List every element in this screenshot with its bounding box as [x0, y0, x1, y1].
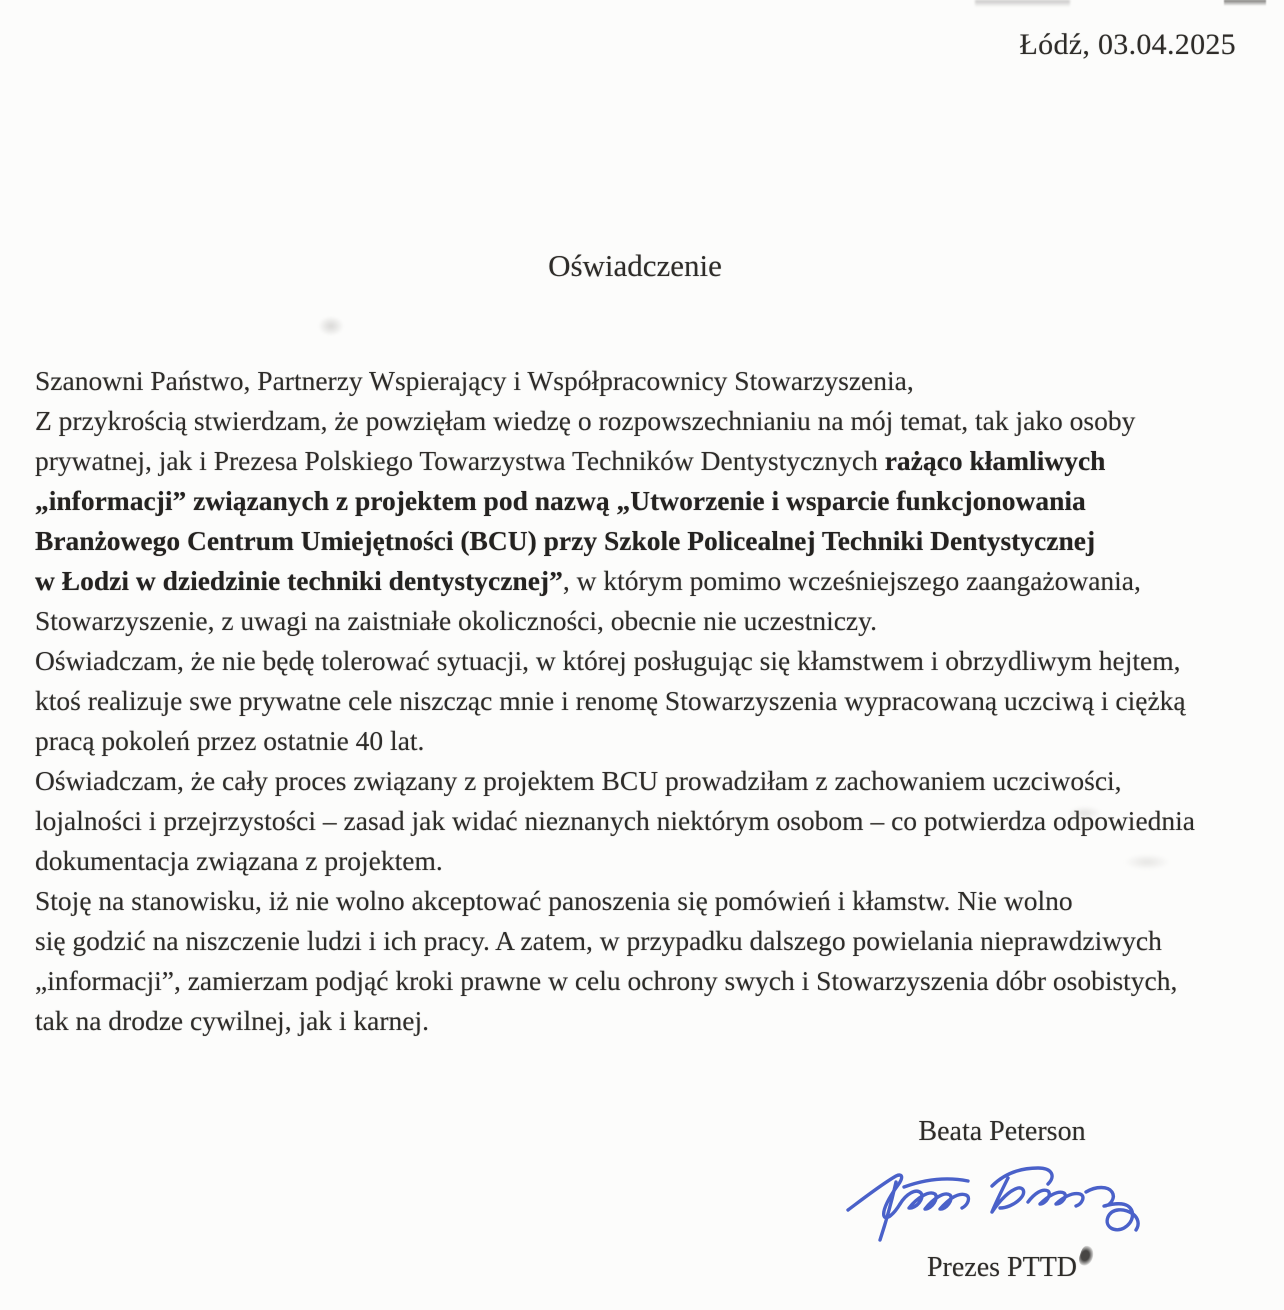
body-line: Szanowni Państwo, Partnerzy Wspierający … [35, 361, 1249, 401]
body-line: „informacji” związanych z projektem pod … [35, 481, 1249, 521]
signature-stroke [900, 1191, 969, 1209]
body-line: w Łodzi w dziedzinie techniki dentystycz… [35, 561, 1249, 601]
body-line: Oświadczam, że nie będę tolerować sytuac… [35, 641, 1249, 681]
body-text: tak na drodze cywilnej, jak i karnej. [35, 1005, 429, 1036]
body-text: „informacji”, zamierzam podjąć kroki pra… [35, 965, 1177, 996]
scan-artifact-top-edge [975, 0, 1070, 7]
signature-stroke [992, 1168, 1052, 1186]
body-line: Branżowego Centrum Umiejętności (BCU) pr… [35, 521, 1249, 561]
signatory-role: Prezes PTTD [822, 1252, 1182, 1284]
date-line: Łódź, 03.04.2025 [1020, 28, 1236, 62]
body-text-bold: Branżowego Centrum Umiejętności (BCU) pr… [35, 525, 1095, 556]
body-line: prywatnej, jak i Prezesa Polskiego Towar… [35, 441, 1249, 481]
body-line: się godzić na niszczenie ludzi i ich pra… [35, 921, 1249, 961]
body-text: dokumentacja związana z projektem. [35, 845, 443, 876]
body-text: Oświadczam, że nie będę tolerować sytuac… [35, 645, 1181, 676]
letter-title: Oświadczenie [0, 248, 1270, 284]
body-line: dokumentacja związana z projektem. [35, 841, 1249, 881]
signature-block: Beata Peterson Prezes PTTD [822, 1116, 1182, 1284]
body-text: Szanowni Państwo, Partnerzy Wspierający … [35, 365, 914, 396]
body-text: lojalności i przejrzystości – zasad jak … [35, 805, 1195, 836]
body-line: ktoś realizuje swe prywatne cele niszczą… [35, 681, 1249, 721]
body-text: pracą pokoleń przez ostatnie 40 lat. [35, 725, 424, 756]
signature-stroke [904, 1179, 968, 1187]
body-line: „informacji”, zamierzam podjąć kroki pra… [35, 961, 1249, 1001]
body-text: , w którym pomimo wcześniejszego zaangaż… [563, 565, 1141, 596]
signature-stroke [1086, 1188, 1138, 1231]
body-text: Oświadczam, że cały proces związany z pr… [35, 765, 1122, 796]
scan-artifact-top-edge [1224, 0, 1266, 6]
body-text: prywatnej, jak i Prezesa Polskiego Towar… [35, 445, 885, 476]
body-line: Z przykrością stwierdzam, że powzięłam w… [35, 401, 1249, 441]
body-line: Stowarzyszenie, z uwagi na zaistniałe ok… [35, 601, 1249, 641]
body-text: się godzić na niszczenie ludzi i ich pra… [35, 925, 1162, 956]
handwritten-signature-ink [842, 1156, 1162, 1248]
signatory-name: Beata Peterson [822, 1116, 1182, 1148]
body-line: Oświadczam, że cały proces związany z pr… [35, 761, 1249, 801]
body-text: Stowarzyszenie, z uwagi na zaistniałe ok… [35, 605, 877, 636]
body-line: pracą pokoleń przez ostatnie 40 lat. [35, 721, 1249, 761]
body-text-bold: w Łodzi w dziedzinie techniki dentystycz… [35, 565, 563, 596]
signature-stroke [1028, 1190, 1083, 1206]
body-text: ktoś realizuje swe prywatne cele niszczą… [35, 685, 1186, 716]
body-text: Stoję na stanowisku, iż nie wolno akcept… [35, 885, 1073, 916]
body-line: tak na drodze cywilnej, jak i karnej. [35, 1001, 1249, 1041]
body-line: lojalności i przejrzystości – zasad jak … [35, 801, 1249, 841]
body-text: Z przykrością stwierdzam, że powzięłam w… [35, 405, 1135, 436]
scan-dust-speck [318, 316, 344, 336]
letter-page: Łódź, 03.04.2025 Oświadczenie Szanowni P… [0, 0, 1284, 1310]
body-text-bold: „informacji” związanych z projektem pod … [35, 485, 1086, 516]
body-text-bold: rażąco kłamliwych [885, 445, 1106, 476]
letter-body: Szanowni Państwo, Partnerzy Wspierający … [35, 361, 1249, 1041]
body-line: Stoję na stanowisku, iż nie wolno akcept… [35, 881, 1249, 921]
